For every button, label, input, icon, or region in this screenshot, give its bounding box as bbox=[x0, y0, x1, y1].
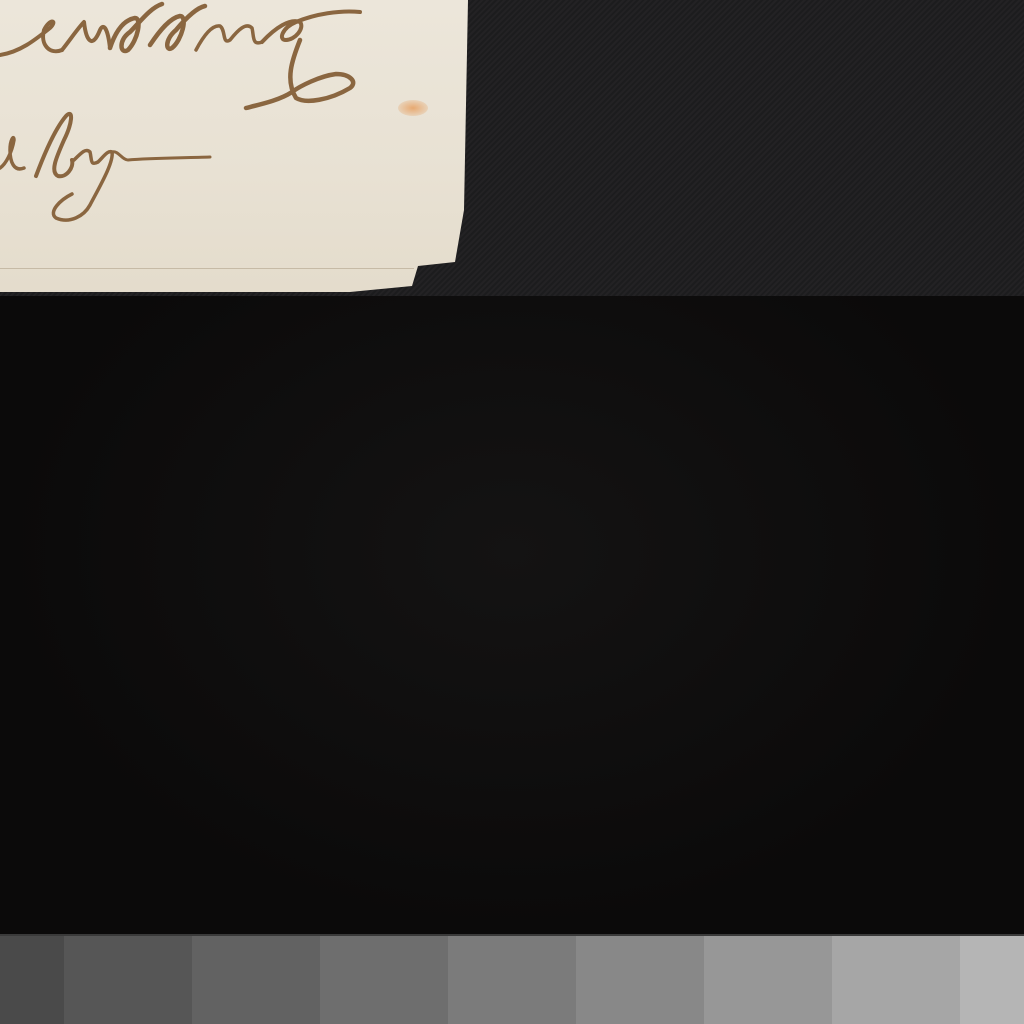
lower-velvet-background bbox=[0, 296, 1024, 934]
grayscale-step bbox=[576, 936, 704, 1024]
grayscale-step bbox=[704, 936, 832, 1024]
grayscale-step bbox=[832, 936, 960, 1024]
grayscale-step bbox=[320, 936, 448, 1024]
grayscale-calibration-strip bbox=[0, 934, 1024, 1024]
grayscale-step bbox=[192, 936, 320, 1024]
grayscale-step bbox=[960, 936, 1024, 1024]
grayscale-step bbox=[448, 936, 576, 1024]
grayscale-step bbox=[64, 936, 192, 1024]
grayscale-step bbox=[0, 936, 64, 1024]
handwriting-strokes bbox=[0, 0, 470, 300]
